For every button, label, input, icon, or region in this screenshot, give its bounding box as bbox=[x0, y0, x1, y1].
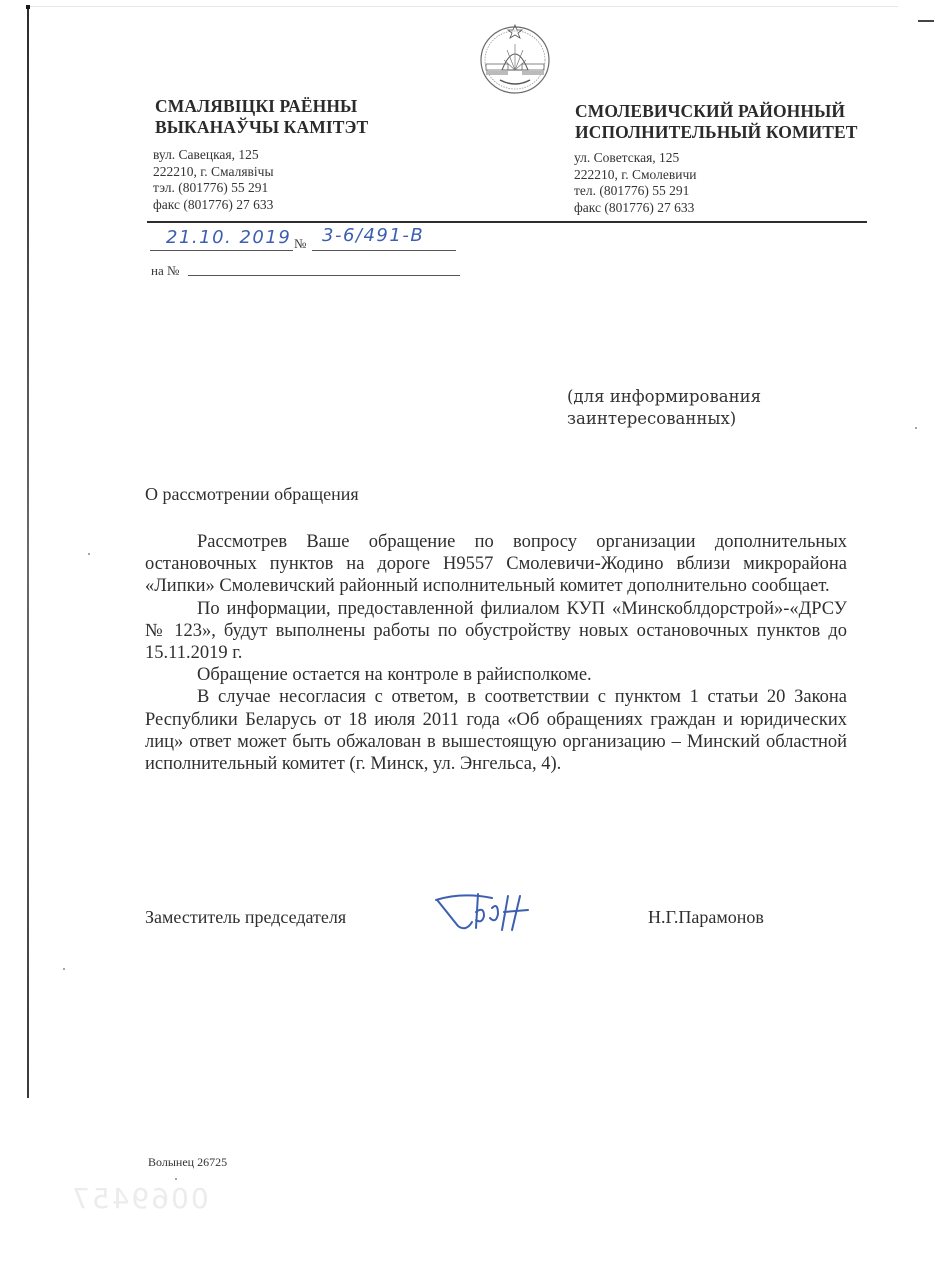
address-phone: тэл. (801776) 55 291 bbox=[153, 180, 274, 197]
signer-name: Н.Г.Парамонов bbox=[648, 907, 764, 928]
body-paragraph: В случае несогласия с ответом, в соответ… bbox=[145, 686, 847, 775]
scan-speck bbox=[63, 968, 65, 970]
address-fax: факс (801776) 27 633 bbox=[153, 197, 274, 214]
scan-edge-left bbox=[27, 6, 29, 1098]
body-paragraph: По информации, предоставленной филиалом … bbox=[145, 598, 847, 665]
executor-note: Волынец 26725 bbox=[148, 1155, 227, 1170]
org-name-line: ВЫКАНАЎЧЫ КАМІТЭТ bbox=[155, 117, 368, 138]
form-number-bleedthrough: 0069457 bbox=[70, 1182, 209, 1215]
letter-body: Рассмотрев Ваше обращение по вопросу орг… bbox=[145, 531, 847, 775]
scan-speck bbox=[88, 553, 90, 555]
body-paragraph: Обращение остается на контроле в райиспо… bbox=[145, 664, 847, 686]
address-city: 222210, г. Смолевичи bbox=[574, 167, 696, 184]
signer-title: Заместитель председателя bbox=[145, 907, 346, 928]
address-street: вул. Савецкая, 125 bbox=[153, 147, 274, 164]
org-name-line: СМАЛЯВІЦКІ РАЁННЫ bbox=[155, 96, 368, 117]
registration-number: 3-6/491-В bbox=[322, 225, 424, 246]
number-label: № bbox=[294, 236, 306, 252]
scan-corner-mark bbox=[26, 5, 30, 9]
address-city: 222210, г. Смалявічы bbox=[153, 164, 274, 181]
org-name-belarusian: СМАЛЯВІЦКІ РАЁННЫ ВЫКАНАЎЧЫ КАМІТЭТ bbox=[155, 96, 368, 138]
handwritten-signature-icon bbox=[432, 888, 552, 938]
registration-date: 21.10. 2019 bbox=[166, 227, 291, 248]
body-paragraph: Рассмотрев Ваше обращение по вопросу орг… bbox=[145, 531, 847, 598]
reply-to-label: на № bbox=[151, 263, 179, 279]
org-name-line: СМОЛЕВИЧСКИЙ РАЙОННЫЙ bbox=[575, 101, 858, 122]
date-underline bbox=[150, 250, 293, 251]
scan-edge-top bbox=[28, 6, 898, 7]
number-underline bbox=[312, 250, 456, 251]
recipient-block: (для информирования заинтересованных) bbox=[567, 386, 761, 430]
org-name-line: ИСПОЛНИТЕЛЬНЫЙ КОМИТЕТ bbox=[575, 122, 858, 143]
address-phone: тел. (801776) 55 291 bbox=[574, 183, 696, 200]
belarus-coat-of-arms-icon bbox=[472, 20, 558, 96]
org-name-russian: СМОЛЕВИЧСКИЙ РАЙОННЫЙ ИСПОЛНИТЕЛЬНЫЙ КОМ… bbox=[575, 101, 858, 143]
letterhead-divider bbox=[147, 221, 867, 223]
org-address-russian: ул. Советская, 125 222210, г. Смолевичи … bbox=[574, 150, 696, 216]
recipient-line: (для информирования bbox=[567, 386, 761, 408]
address-fax: факс (801776) 27 633 bbox=[574, 200, 696, 217]
org-address-belarusian: вул. Савецкая, 125 222210, г. Смалявічы … bbox=[153, 147, 274, 213]
address-street: ул. Советская, 125 bbox=[574, 150, 696, 167]
scan-edge-mark bbox=[918, 20, 934, 22]
letter-subject: О рассмотрении обращения bbox=[145, 484, 359, 505]
scan-speck bbox=[915, 427, 917, 429]
scan-speck bbox=[175, 1178, 177, 1180]
reply-to-underline bbox=[188, 275, 460, 276]
recipient-line: заинтересованных) bbox=[567, 408, 761, 430]
